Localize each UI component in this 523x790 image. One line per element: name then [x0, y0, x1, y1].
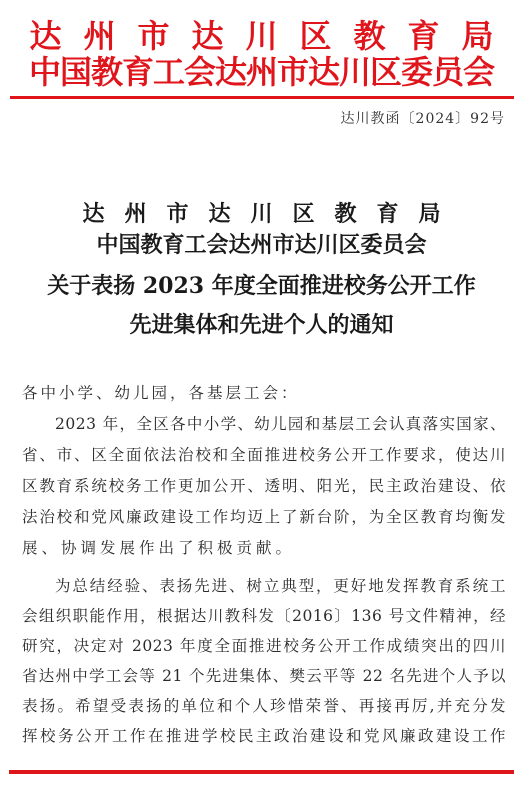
paragraph-line: 省、市、区全面依法治校和全面推进校务公开工作要求，使达川 — [22, 444, 506, 466]
paragraph-line: 为总结经验、表扬先进、树立典型，更好地发挥教育系统工 — [55, 575, 506, 597]
paragraph-line: 会组织职能作用，根据达川教科发〔2016〕136 号文件精神，经 — [22, 605, 506, 627]
title-line-3: 关于表扬 2023 年度全面推进校务公开工作 — [0, 271, 523, 301]
letterhead-org-line-2: 中国教育工会达州市达川区委员会 — [0, 54, 523, 90]
document-number: 达川教函〔2024〕92号 — [341, 108, 505, 130]
letterhead-org-line-1: 达州市达川区教育局 — [0, 18, 523, 54]
paragraph-line: 表扬。希望受表扬的单位和个人珍惜荣誉、再接再厉,并充分发 — [22, 695, 506, 717]
paragraph-line: 省达州中学工会等 21 个先进集体、樊云平等 22 名先进个人予以 — [22, 665, 506, 687]
salutation: 各中小学、幼儿园，各基层工会： — [22, 382, 506, 404]
paragraph-line: 法治校和党风廉政建设工作均迈上了新台阶，为全区教育均衡发 — [22, 506, 506, 528]
title-line-4: 先进集体和先进个人的通知 — [0, 310, 523, 340]
paragraph-line: 研究，决定对 2023 年度全面推进校务公开工作成绩突出的四川 — [22, 635, 506, 657]
bottom-red-rule — [9, 770, 514, 774]
paragraph-line: 区教育系统校务工作更加公开、透明、阳光，民主政治建设、依 — [22, 475, 506, 497]
title-line-2: 中国教育工会达州市达川区委员会 — [0, 230, 523, 260]
paragraph-line: 展、协调发展作出了积极贡献。 — [22, 537, 506, 559]
paragraph-line: 挥校务公开工作在推进学校民主政治建设和党风廉政建设工作 — [22, 725, 506, 747]
paragraph-line: 2023 年，全区各中小学、幼儿园和基层工会认真落实国家、 — [55, 413, 506, 435]
letterhead-red-rule — [10, 96, 514, 99]
title-line-1: 达州市达川区教育局 — [0, 199, 523, 229]
